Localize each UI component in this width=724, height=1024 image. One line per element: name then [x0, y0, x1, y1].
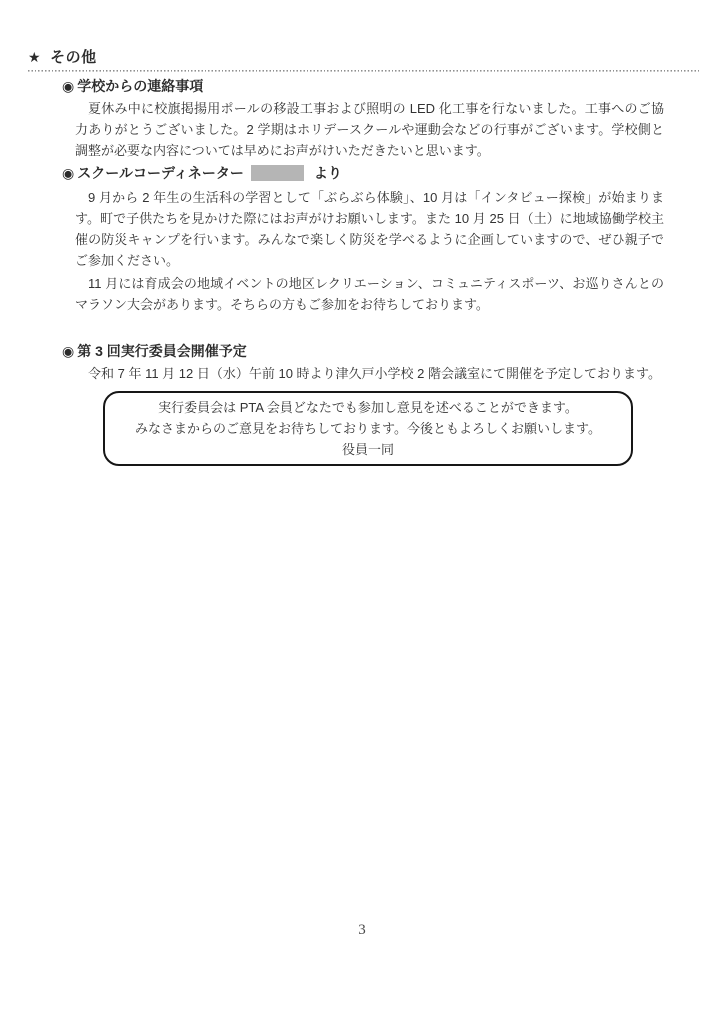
section-coordinator: ◉スクールコーディネーターより 9 月から 2 年生の生活科の学習として「ぶらぶ…	[62, 164, 700, 315]
section-title-text: 学校からの連絡事項	[77, 78, 203, 94]
notice-box-line-2: みなさまからのご意見をお待ちしております。今後ともよろしくお願いします。	[115, 418, 621, 439]
section-title-text: 第 3 回実行委員会開催予定	[77, 343, 247, 359]
section-committee: ◉第 3 回実行委員会開催予定 令和 7 年 11 月 12 日（水）午前 10…	[62, 342, 700, 384]
coordinator-paragraph-2: 11 月には育成会の地域イベントの地区レクリエーション、コミュニティスポーツ、お…	[75, 273, 664, 315]
section-school-notice: ◉学校からの連絡事項 夏休み中に校旗掲揚用ポールの移設工事および照明の LED …	[62, 77, 700, 161]
section-coordinator-title: ◉スクールコーディネーターより	[62, 164, 700, 183]
fisheye-bullet-icon: ◉	[62, 78, 74, 94]
redacted-name-box	[251, 165, 304, 181]
coordinator-title-suffix: より	[314, 165, 342, 181]
coordinator-paragraph-1: 9 月から 2 年生の生活科の学習として「ぶらぶら体験」、10 月は「インタビュ…	[75, 187, 664, 271]
school-notice-paragraph: 夏休み中に校旗掲揚用ポールの移設工事および照明の LED 化工事を行ないました。…	[75, 98, 664, 161]
committee-paragraph: 令和 7 年 11 月 12 日（水）午前 10 時より津久戸小学校 2 階会議…	[75, 363, 664, 384]
notice-box-line-1: 実行委員会は PTA 会員どなたでも参加し意見を述べることができます。	[115, 397, 621, 418]
notice-box: 実行委員会は PTA 会員どなたでも参加し意見を述べることができます。 みなさま…	[103, 391, 633, 466]
page-content: ★その他 ◉学校からの連絡事項 夏休み中に校旗掲揚用ポールの移設工事および照明の…	[28, 48, 700, 466]
header-title: その他	[50, 49, 97, 66]
header-sonota: ★その他	[28, 48, 700, 67]
coordinator-title-prefix: スクールコーディネーター	[77, 165, 244, 181]
notice-box-line-3: 役員一同	[115, 439, 621, 460]
page-number: 3	[0, 922, 724, 939]
fisheye-bullet-icon: ◉	[62, 343, 74, 359]
fisheye-bullet-icon: ◉	[62, 165, 74, 181]
section-school-notice-title: ◉学校からの連絡事項	[62, 77, 700, 96]
document-page: ★その他 ◉学校からの連絡事項 夏休み中に校旗掲揚用ポールの移設工事および照明の…	[0, 0, 724, 1024]
dotted-divider	[28, 70, 700, 72]
section-committee-title: ◉第 3 回実行委員会開催予定	[62, 342, 700, 361]
star-icon: ★	[28, 49, 41, 65]
